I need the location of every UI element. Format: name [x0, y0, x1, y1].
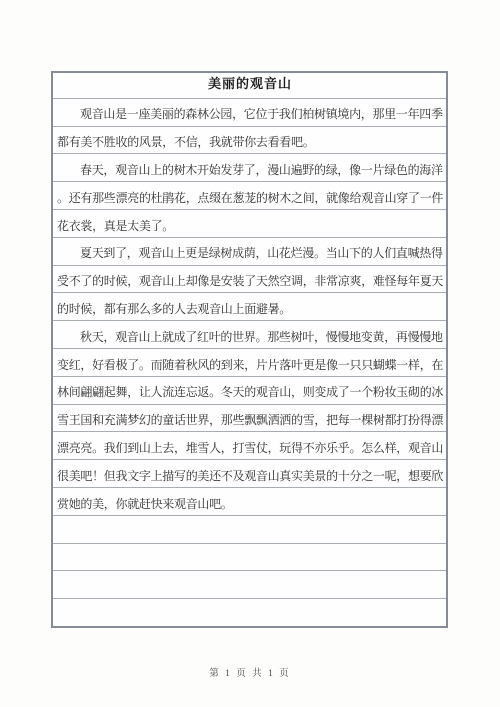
essay-text-row: 夏天到了，观音山上更是绿树成荫，山花烂漫。当山下的人们直喊热得 [53, 238, 446, 266]
document-page: 美丽的观音山观音山是一座美丽的森林公园，它位于我们柏树镇境内，那里一年四季都有美… [0, 0, 500, 707]
essay-text-row: 雪王国和充满梦幻的童话世界，那些飘飘洒洒的雪，把每一棵树都打扮得漂 [53, 405, 446, 433]
essay-text-line: 都有美不胜收的风景，不信，我就带你去看看吧。 [57, 136, 443, 149]
empty-ruled-row [53, 516, 446, 544]
essay-text-line: 雪王国和充满梦幻的童话世界，那些飘飘洒洒的雪，把每一棵树都打扮得漂 [57, 414, 443, 427]
essay-text-line: 花衣裳，真是太美了。 [57, 220, 443, 233]
empty-ruled-row [53, 571, 446, 599]
essay-text-row: 林间翩翩起舞，让人流连忘返。冬天的观音山，则变成了一个粉妆玉砌的冰 [53, 377, 446, 405]
essay-text-line: 变红，好看极了。而随着秋风的到来，片片落叶更是像一只只蝴蝶一样，在 [57, 359, 443, 372]
essay-text-row: 秋天，观音山上就成了红叶的世界。那些树叶，慢慢地变黄，再慢慢地 [53, 321, 446, 349]
essay-text-line: 赏她的美，你就赶快来观音山吧。 [57, 498, 443, 511]
essay-ruled-grid: 美丽的观音山观音山是一座美丽的森林公园，它位于我们柏树镇境内，那里一年四季都有美… [51, 71, 448, 628]
essay-text-row: 很美吧！但我文字上描写的美还不及观音山真实美景的十分之一呢，想要欣 [53, 460, 446, 488]
essay-text-row: 受不了的时候，观音山上却像是安装了天然空调，非常凉爽，难怪每年夏天 [53, 266, 446, 294]
essay-title-row: 美丽的观音山 [53, 73, 446, 99]
essay-text-row: 花衣裳，真是太美了。 [53, 210, 446, 238]
essay-text-line: 的时候，都有那么多的人去观音山上面避暑。 [57, 303, 443, 316]
essay-text-row: 的时候，都有那么多的人去观音山上面避暑。 [53, 293, 446, 321]
essay-text-line: 很美吧！但我文字上描写的美还不及观音山真实美景的十分之一呢，想要欣 [57, 470, 443, 483]
essay-text-line: 春天，观音山上的树木开始发芽了，漫山遍野的绿，像一片绿色的海洋 [57, 164, 443, 177]
essay-text-row: 春天，观音山上的树木开始发芽了，漫山遍野的绿，像一片绿色的海洋 [53, 154, 446, 182]
essay-text-row: 观音山是一座美丽的森林公园，它位于我们柏树镇境内，那里一年四季 [53, 99, 446, 127]
empty-ruled-row [53, 544, 446, 572]
essay-text-row: 都有美不胜收的风景，不信，我就带你去看看吧。 [53, 127, 446, 155]
essay-text-line: 秋天，观音山上就成了红叶的世界。那些树叶，慢慢地变黄，再慢慢地 [57, 331, 443, 344]
essay-text-row: 变红，好看极了。而随着秋风的到来，片片落叶更是像一只只蝴蝶一样，在 [53, 349, 446, 377]
essay-text-line: 受不了的时候，观音山上却像是安装了天然空调，非常凉爽，难怪每年夏天 [57, 275, 443, 288]
empty-ruled-row [53, 599, 446, 626]
essay-text-line: 。还有那些漂亮的杜鹃花，点缀在葱茏的树木之间，就像给观音山穿了一件 [57, 192, 443, 205]
essay-text-line: 漂亮亮。我们到山上去，堆雪人，打雪仗，玩得不亦乐乎。怎么样，观音山 [57, 442, 443, 455]
page-number-footer: 第 1 页 共 1 页 [0, 665, 500, 679]
essay-text-line: 观音山是一座美丽的森林公园，它位于我们柏树镇境内，那里一年四季 [57, 108, 443, 121]
essay-text-row: 漂亮亮。我们到山上去，堆雪人，打雪仗，玩得不亦乐乎。怎么样，观音山 [53, 432, 446, 460]
essay-text-row: 。还有那些漂亮的杜鹃花，点缀在葱茏的树木之间，就像给观音山穿了一件 [53, 182, 446, 210]
essay-text-line: 夏天到了，观音山上更是绿树成荫，山花烂漫。当山下的人们直喊热得 [57, 247, 443, 260]
essay-title: 美丽的观音山 [208, 77, 292, 91]
essay-text-line: 林间翩翩起舞，让人流连忘返。冬天的观音山，则变成了一个粉妆玉砌的冰 [57, 386, 443, 399]
essay-text-row: 赏她的美，你就赶快来观音山吧。 [53, 488, 446, 516]
